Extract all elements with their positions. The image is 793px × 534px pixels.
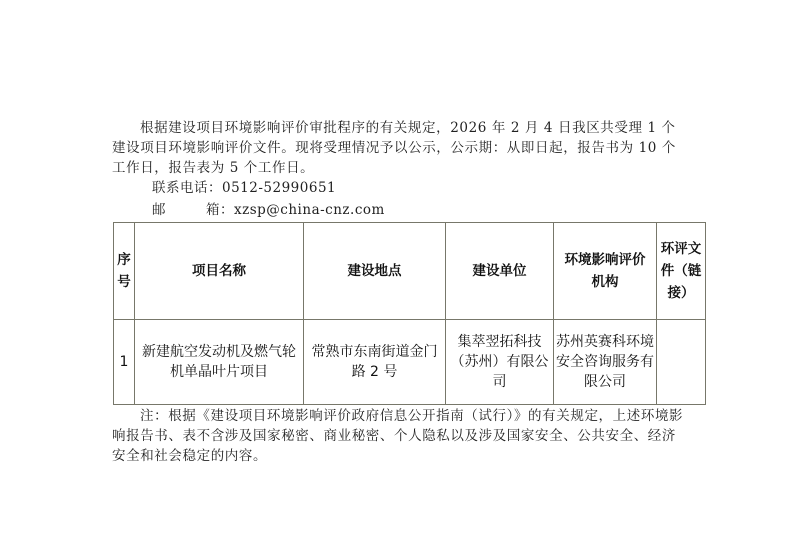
note-text: 注：根据《建设项目环境影响评价政府信息公开指南（试行）》的有关规定，上述环境影响…: [112, 406, 684, 466]
phone-label: 联系电话：: [152, 180, 222, 196]
contact-email: 邮箱：xzsp@china-cnz.com: [152, 200, 385, 220]
disclaimer-note: 注：根据《建设项目环境影响评价政府信息公开指南（试行）》的有关规定，上述环境影响…: [112, 406, 684, 466]
intro-paragraph: 根据建设项目环境影响评价审批程序的有关规定，2026 年 2 月 4 日我区共受…: [112, 118, 684, 178]
cell-eia-file-link[interactable]: [657, 320, 706, 405]
header-index: 序号: [114, 223, 135, 320]
email-label-part2: 箱：: [206, 202, 234, 218]
email-address[interactable]: xzsp@china-cnz.com: [234, 202, 385, 218]
header-project-name: 项目名称: [135, 223, 304, 320]
table-row: 1 新建航空发动机及燃气轮机单晶叶片项目 常熟市东南街道金门路 2 号 集萃翌拓…: [114, 320, 706, 405]
header-developer: 建设单位: [446, 223, 554, 320]
cell-location: 常熟市东南街道金门路 2 号: [304, 320, 446, 405]
cell-eia-agency: 苏州英赛科环境安全咨询服务有限公司: [554, 320, 657, 405]
intro-text: 根据建设项目环境影响评价审批程序的有关规定，2026 年 2 月 4 日我区共受…: [112, 118, 684, 178]
cell-developer: 集萃翌拓科技（苏州）有限公司: [446, 320, 554, 405]
cell-index: 1: [114, 320, 135, 405]
cell-project-name: 新建航空发动机及燃气轮机单晶叶片项目: [135, 320, 304, 405]
email-label-part1: 邮: [152, 202, 166, 218]
header-location: 建设地点: [304, 223, 446, 320]
phone-number: 0512-52990651: [222, 180, 336, 196]
table-header-row: 序号 项目名称 建设地点 建设单位 环境影响评价机构 环评文件（链接）: [114, 223, 706, 320]
header-eia-agency: 环境影响评价机构: [554, 223, 657, 320]
contact-phone: 联系电话：0512-52990651: [152, 178, 336, 198]
eia-acceptance-table: 序号 项目名称 建设地点 建设单位 环境影响评价机构 环评文件（链接） 1 新建…: [113, 222, 706, 405]
header-eia-file: 环评文件（链接）: [657, 223, 706, 320]
